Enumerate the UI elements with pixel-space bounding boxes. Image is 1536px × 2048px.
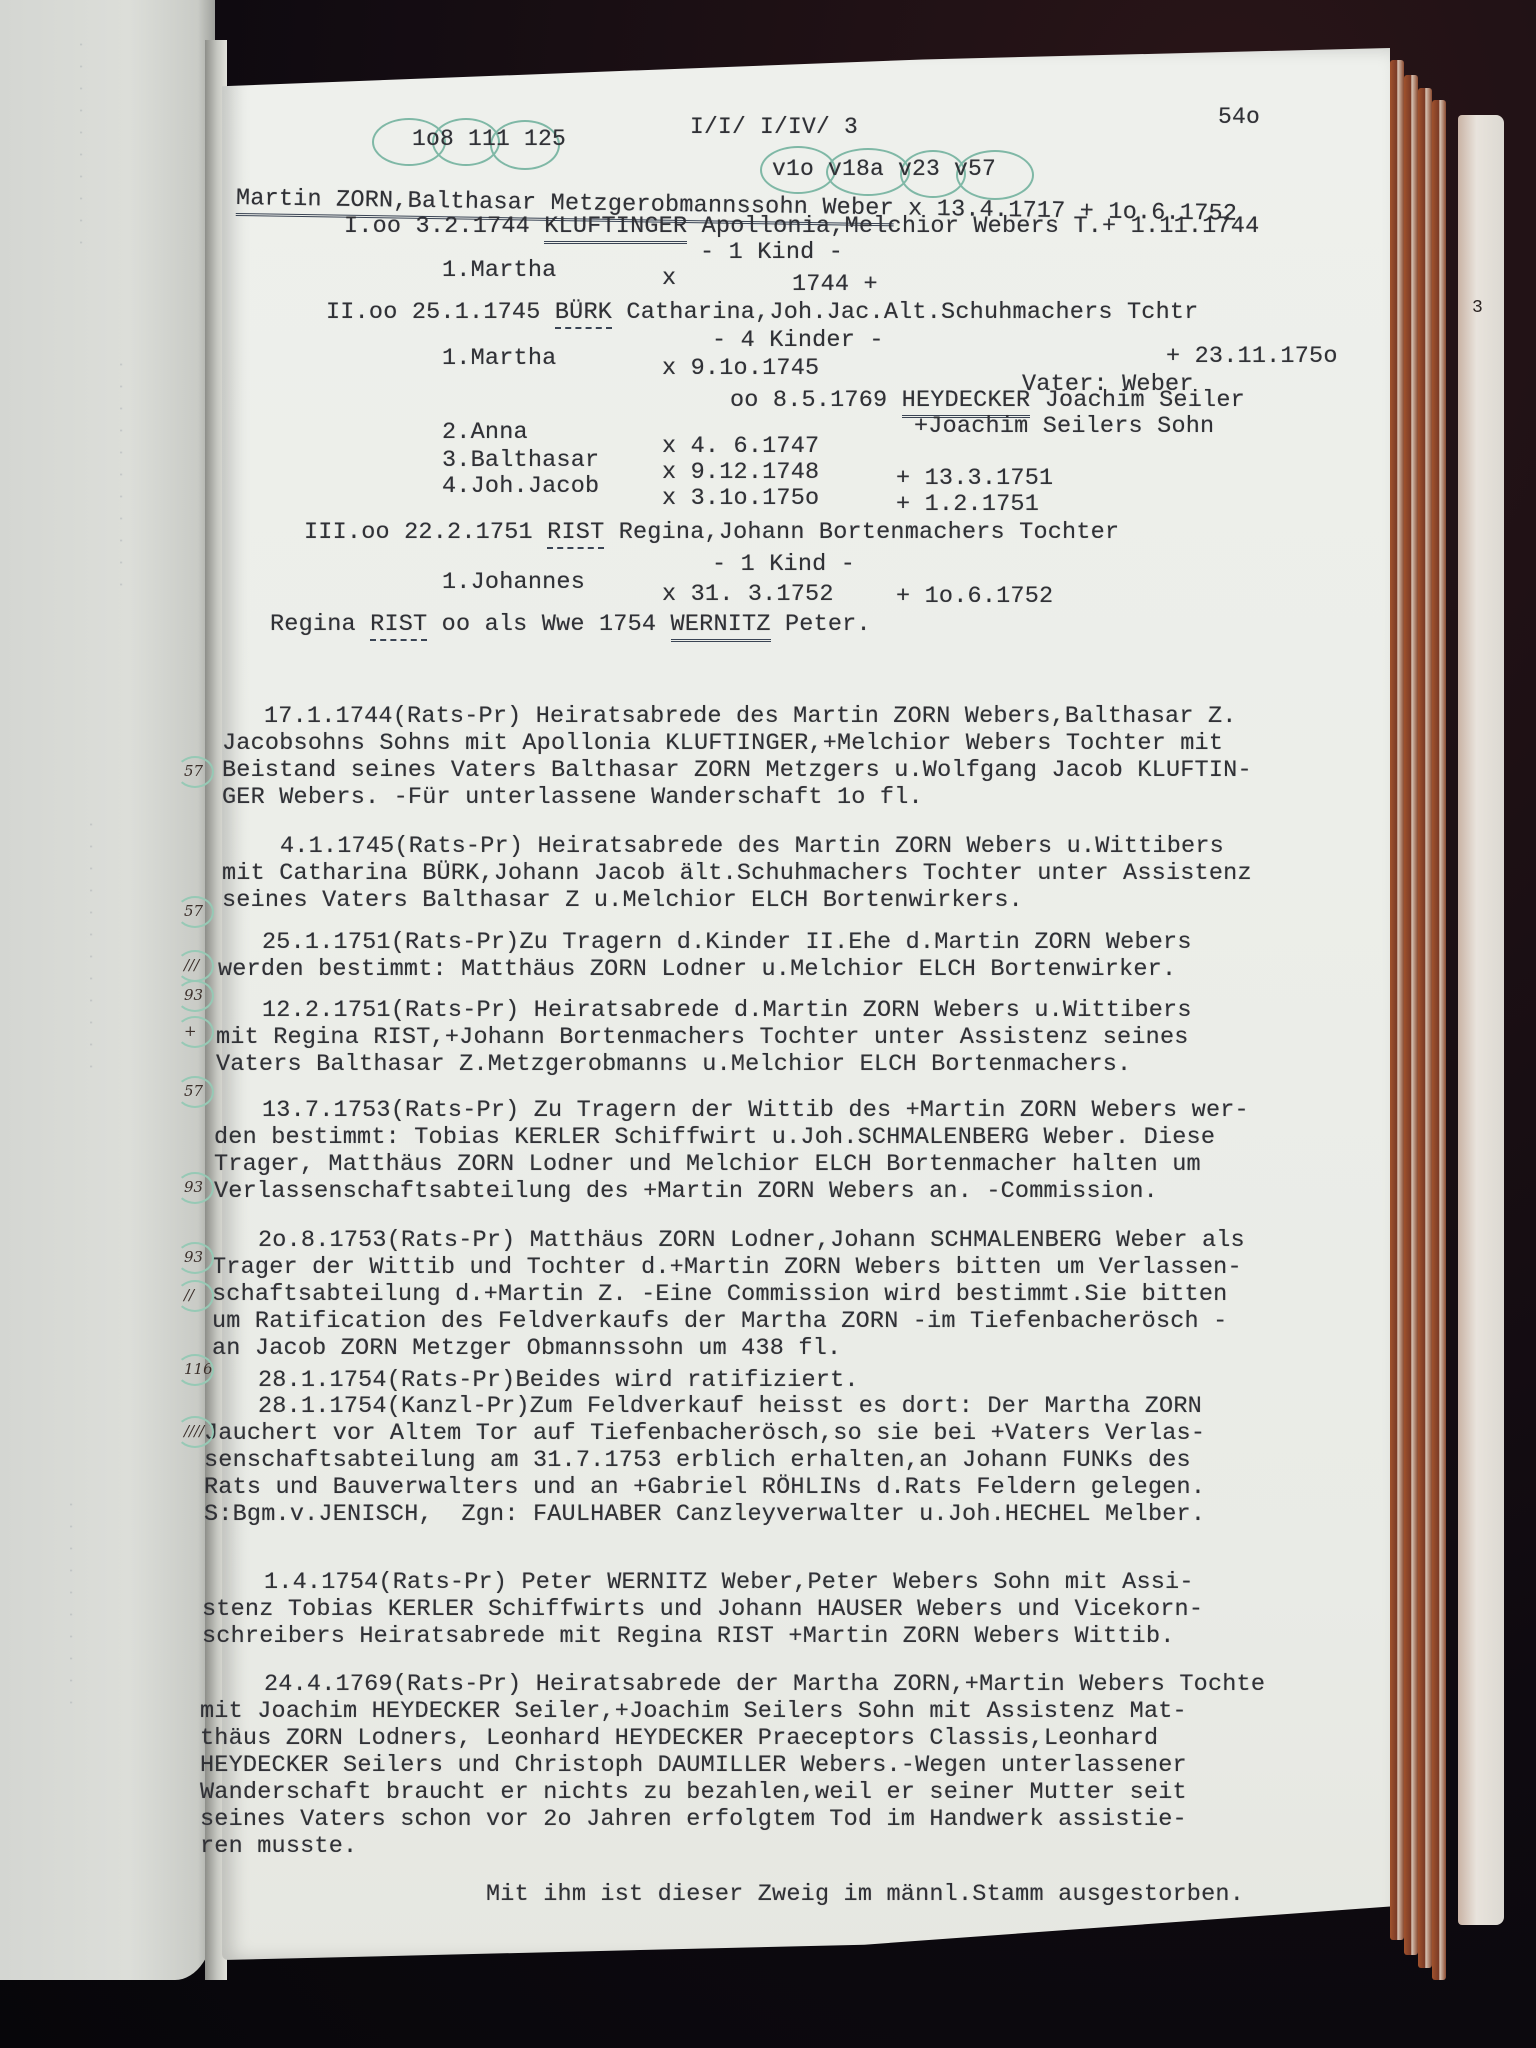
child-born: x 31. 3.1752 — [662, 582, 834, 608]
record-entry-first-line: 13.7.1753(Rats-Pr) Zu Tragern der Wittib… — [262, 1098, 1249, 1124]
record-entry-line: Jauchert vor Altem Tor auf Tiefenbacherö… — [204, 1421, 1205, 1447]
record-entry-first-line: 24.4.1769(Rats-Pr) Heiratsabrede der Mar… — [264, 1672, 1265, 1698]
child-born: x 9.12.1748 — [662, 460, 819, 486]
record-entry-line: Wanderschaft braucht er nichts zu bezahl… — [200, 1780, 1187, 1806]
circled-refs-left: 1o8 111 125 — [412, 126, 566, 152]
record-entry-line: seines Vaters Balthasar Z u.Melchior ELC… — [222, 888, 1023, 914]
spouse-surname: KLUFTINGER — [544, 213, 687, 244]
circled-refs-right: v1o v18a v23 v57 — [772, 156, 996, 182]
child-died: + 13.3.1751 — [896, 466, 1053, 492]
marriage-3: III.oo 22.2.1751 RIST Regina,Johann Bort… — [304, 520, 1119, 546]
child-born-mark: x — [662, 266, 676, 292]
margin-note: 116 — [184, 1360, 213, 1378]
page-number: 54o — [1218, 104, 1260, 130]
record-entry-line: um Ratification des Feldverkaufs der Mar… — [212, 1309, 1227, 1335]
widow-note: Regina RIST oo als Wwe 1754 WERNITZ Pete… — [270, 612, 871, 638]
spouse-death: + 23.11.175o — [1166, 344, 1338, 370]
child-born: x 4. 6.1747 — [662, 434, 819, 460]
margin-note: 57 — [184, 1082, 203, 1100]
child-born: x 9.1o.1745 — [662, 356, 819, 382]
record-entry-line: Trager, Matthäus ZORN Lodner und Melchio… — [214, 1152, 1201, 1178]
margin-circle-icon — [176, 1172, 214, 1204]
child-name: 2.Anna — [442, 420, 528, 446]
margin-circle-icon — [176, 1076, 214, 1108]
margin-note: /// — [184, 956, 199, 974]
child-date: 1744 + — [792, 272, 878, 298]
margin-circle-icon — [176, 950, 214, 982]
margin-circle-icon — [176, 1416, 214, 1448]
margin-note: + — [184, 1022, 197, 1040]
martha-marriage-date: oo 8.5.1769 — [730, 387, 887, 414]
marriage-2: II.oo 25.1.1745 BÜRK Catharina,Joh.Jac.A… — [326, 300, 1198, 326]
margin-note: // — [184, 1286, 194, 1304]
spouse-details: Catharina,Joh.Jac.Alt.Schuhmachers Tchtr — [626, 299, 1198, 326]
folder-reference: I/I/ I/IV/ 3 — [690, 114, 858, 140]
margin-circle-icon — [176, 1280, 214, 1312]
record-entry-first-line: 1.4.1754(Rats-Pr) Peter WERNITZ Weber,Pe… — [264, 1570, 1194, 1596]
children-count: - 1 Kind - — [712, 552, 855, 578]
marriage-2-date: II.oo 25.1.1745 — [326, 299, 541, 326]
record-entry-line: den bestimmt: Tobias KERLER Schiffwirt u… — [214, 1125, 1215, 1151]
margin-note: 93 — [184, 1248, 203, 1266]
child-name: 4.Joh.Jacob — [442, 474, 599, 500]
margin-circle-icon — [176, 980, 214, 1012]
marriage-3-date: III.oo 22.2.1751 — [304, 519, 533, 546]
margin-note: 57 — [184, 902, 203, 920]
spouse-details: Joachim Seiler — [1045, 387, 1245, 414]
margin-circle-icon — [176, 1354, 214, 1386]
widow-first-name: Regina — [270, 611, 356, 638]
record-entry-line: schreibers Heiratsabrede mit Regina RIST… — [202, 1624, 1175, 1650]
record-entry-line: ren musste. — [200, 1834, 357, 1860]
children-count: - 1 Kind - — [700, 240, 843, 266]
record-entry-line: thäus ZORN Lodners, Leonhard HEYDECKER P… — [200, 1726, 1158, 1752]
marriage-1: I.oo 3.2.1744 KLUFTINGER Apollonia,Melch… — [344, 214, 1259, 240]
record-entry-line: S:Bgm.v.JENISCH, Zgn: FAULHABER Canzleyv… — [204, 1502, 1205, 1528]
record-entry-line: seines Vaters schon vor 2o Jahren erfolg… — [200, 1807, 1187, 1833]
record-entry-line: HEYDECKER Seilers und Christoph DAUMILLE… — [200, 1753, 1187, 1779]
page-text: 1o8 111 125 I/I/ I/IV/ 3 54o v1o v18a v2… — [0, 0, 1536, 2048]
marriage-1-date: I.oo 3.2.1744 — [344, 213, 530, 240]
record-entry-line: Vaters Balthasar Z.Metzgerobmanns u.Melc… — [216, 1052, 1131, 1078]
child-died: + 1.2.1751 — [896, 492, 1039, 518]
record-entry-line: Beistand seines Vaters Balthasar ZORN Me… — [222, 758, 1252, 784]
child-born: x 3.1o.175o — [662, 486, 819, 512]
martha-marriage: oo 8.5.1769 HEYDECKER Joachim Seiler — [730, 388, 1245, 414]
record-entry-line: GER Webers. -Für unterlassene Wanderscha… — [222, 785, 923, 811]
record-entry-first-line: 28.1.1754(Kanzl-Pr)Zum Feldverkauf heiss… — [258, 1394, 1202, 1420]
child-name: 1.Martha — [442, 346, 556, 372]
closing-note: Mit ihm ist dieser Zweig im männl.Stamm … — [486, 1882, 1244, 1908]
spouse-details: Regina,Johann Bortenmachers Tochter — [619, 519, 1120, 546]
child-died: + 1o.6.1752 — [896, 584, 1053, 610]
record-entry-line: mit Catharina BÜRK,Johann Jacob ält.Schu… — [222, 861, 1252, 887]
record-entry-line: mit Joachim HEYDECKER Seiler,+Joachim Se… — [200, 1699, 1187, 1725]
new-spouse-name: Peter. — [785, 611, 871, 638]
child-name: 1.Johannes — [442, 570, 585, 596]
record-entry-first-line: 25.1.1751(Rats-Pr)Zu Tragern d.Kinder II… — [262, 930, 1192, 956]
spouse-surname: RIST — [547, 519, 604, 549]
record-entry-line: werden bestimmt: Matthäus ZORN Lodner u.… — [218, 957, 1176, 983]
record-entry-line: Verlassenschaftsabteilung des +Martin ZO… — [214, 1179, 1158, 1205]
record-entry-line: Rats und Bauverwalters und an +Gabriel R… — [204, 1475, 1205, 1501]
widow-remarriage: oo als Wwe 1754 — [442, 611, 657, 638]
record-entry-line: stenz Tobias KERLER Schiffwirts und Joha… — [202, 1597, 1203, 1623]
record-entry-line: Trager der Wittib und Tochter d.+Martin … — [212, 1255, 1242, 1281]
margin-note: 93 — [184, 1178, 203, 1196]
child-name: 1.Martha — [442, 258, 556, 284]
spouse-details: Apollonia,Melchior Webers T.+ 1.11.1744 — [702, 213, 1260, 240]
photo-scene: · · · · · · · · · · · · · · · · · · · · … — [0, 0, 1536, 2048]
record-entry-first-line: 12.2.1751(Rats-Pr) Heiratsabrede d.Marti… — [262, 998, 1192, 1024]
new-spouse-surname: WERNITZ — [671, 611, 771, 642]
record-entry-line: an Jacob ZORN Metzger Obmannssohn um 438… — [212, 1336, 841, 1362]
margin-note: //// — [184, 1422, 204, 1440]
widow-surname: RIST — [370, 611, 427, 641]
children-count: - 4 Kinder - — [712, 328, 884, 354]
record-entry-line: schaftsabteilung d.+Martin Z. -Eine Comm… — [212, 1282, 1227, 1308]
record-entry-line: senschaftsabteilung am 31.7.1753 erblich… — [204, 1448, 1191, 1474]
spouse-surname: BÜRK — [555, 299, 612, 329]
record-entry-first-line: 17.1.1744(Rats-Pr) Heiratsabrede des Mar… — [264, 704, 1237, 730]
margin-note: 57 — [184, 762, 203, 780]
child-name: 3.Balthasar — [442, 448, 599, 474]
record-entry-line: mit Regina RIST,+Johann Bortenmachers To… — [216, 1025, 1189, 1051]
margin-circle-icon — [176, 1242, 214, 1274]
margin-circle-icon — [176, 1016, 214, 1048]
record-entry-first-line: 2o.8.1753(Rats-Pr) Matthäus ZORN Lodner,… — [258, 1228, 1245, 1254]
margin-circle-icon — [176, 756, 214, 788]
record-entry-first-line: 4.1.1745(Rats-Pr) Heiratsabrede des Mart… — [280, 834, 1224, 860]
margin-note: 93 — [184, 986, 203, 1004]
record-entry-line: Jacobsohns Sohns mit Apollonia KLUFTINGE… — [222, 731, 1223, 757]
martha-spouse-parent: +Joachim Seilers Sohn — [914, 414, 1214, 440]
record-entry-first-line: 28.1.1754(Rats-Pr)Beides wird ratifizier… — [258, 1368, 859, 1394]
margin-circle-icon — [176, 896, 214, 928]
